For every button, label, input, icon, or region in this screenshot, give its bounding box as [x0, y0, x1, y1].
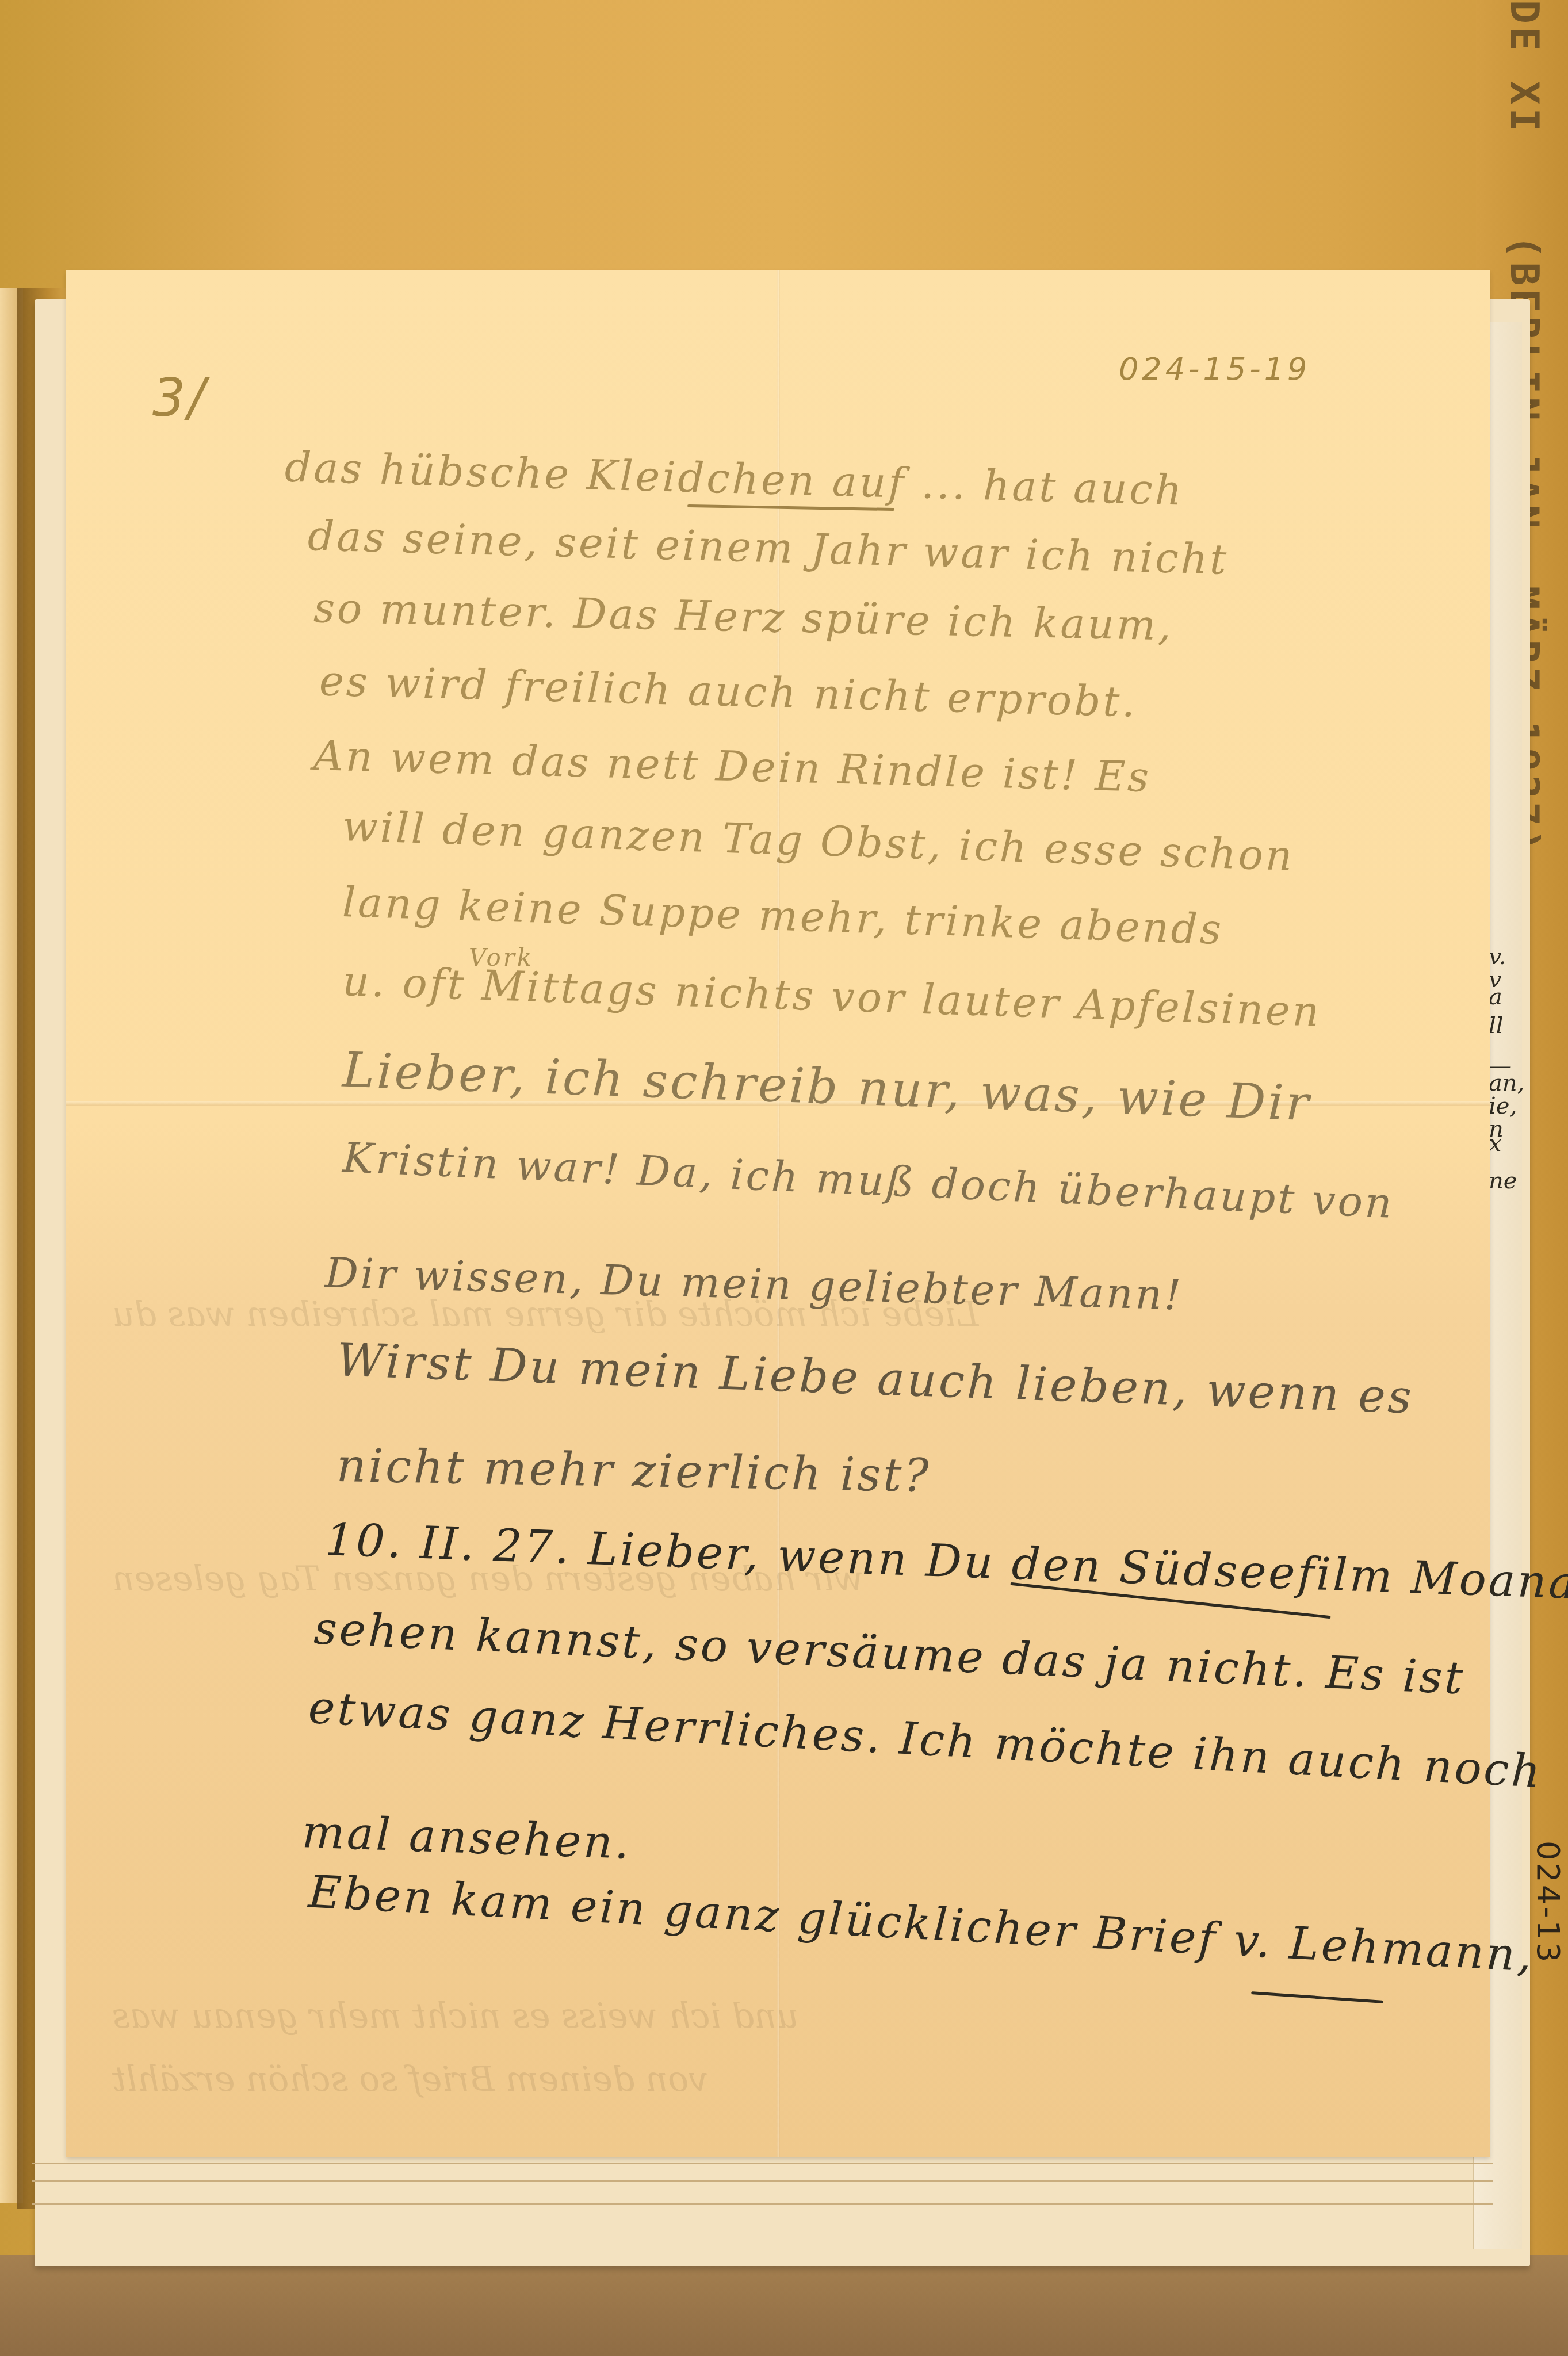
- pencil-line: u. oft Mittags nichts vor lauter Apfelsi…: [342, 957, 1322, 1035]
- archive-reference: 024-15-19: [1119, 351, 1310, 387]
- stack-edge: [32, 2180, 1493, 2182]
- margin-fragment: ne: [1489, 1168, 1517, 1194]
- pencil-line: Lieber, ich schreib nur, was, wie Dir: [342, 1042, 1312, 1132]
- margin-fragment: ll: [1489, 1012, 1504, 1039]
- letter-page: Liebe ich möchte dir gerne mal schreiben…: [66, 270, 1490, 2157]
- pencil-line: nicht mehr zierlich ist?: [336, 1439, 931, 1502]
- pencil-line: Kristin war! Da, ich muß doch überhaupt …: [342, 1133, 1395, 1227]
- pencil-line: Wirst Du mein Liebe auch lieben, wenn es: [336, 1333, 1414, 1424]
- ink-underline: [1251, 1991, 1383, 2003]
- pencil-line: lang keine Suppe mehr, trinke abends: [342, 878, 1224, 954]
- pencil-line: das hübsche Kleidchen auf ... hat auch: [284, 443, 1184, 515]
- pencil-line: will den ganzen Tag Obst, ich esse schon: [342, 802, 1295, 880]
- page-marker: 3/: [152, 368, 208, 429]
- folder-label-top: DE XI: [1501, 0, 1547, 135]
- stack-edge: [32, 2163, 1493, 2164]
- pencil-line: es wird freilich auch nicht erprobt.: [319, 656, 1138, 726]
- pencil-line: das seine, seit einem Jahr war ich nicht: [307, 511, 1229, 584]
- ink-line: mal ansehen.: [301, 1806, 632, 1869]
- folder-side-reference: 024-13: [1530, 1841, 1566, 1964]
- ink-line: Eben kam ein ganz glücklicher Brief v. L…: [307, 1866, 1535, 1982]
- desk-surface: [0, 2255, 1568, 2356]
- bleed-through-text: von deinem Brief so schön erzählt: [112, 2059, 708, 2099]
- pencil-line: so munter. Das Herz spüre ich kaum,: [313, 583, 1174, 649]
- ink-line: sehen kannst, so versäume das ja nicht. …: [313, 1602, 1466, 1704]
- bleed-through-text: und ich weiss es nicht mehr genau was: [112, 1996, 798, 2036]
- margin-fragment: a: [1489, 984, 1502, 1010]
- margin-fragment: x: [1489, 1130, 1502, 1157]
- pencil-line: An wem das nett Dein Rindle ist! Es: [313, 731, 1152, 801]
- stack-edge: [32, 2203, 1493, 2205]
